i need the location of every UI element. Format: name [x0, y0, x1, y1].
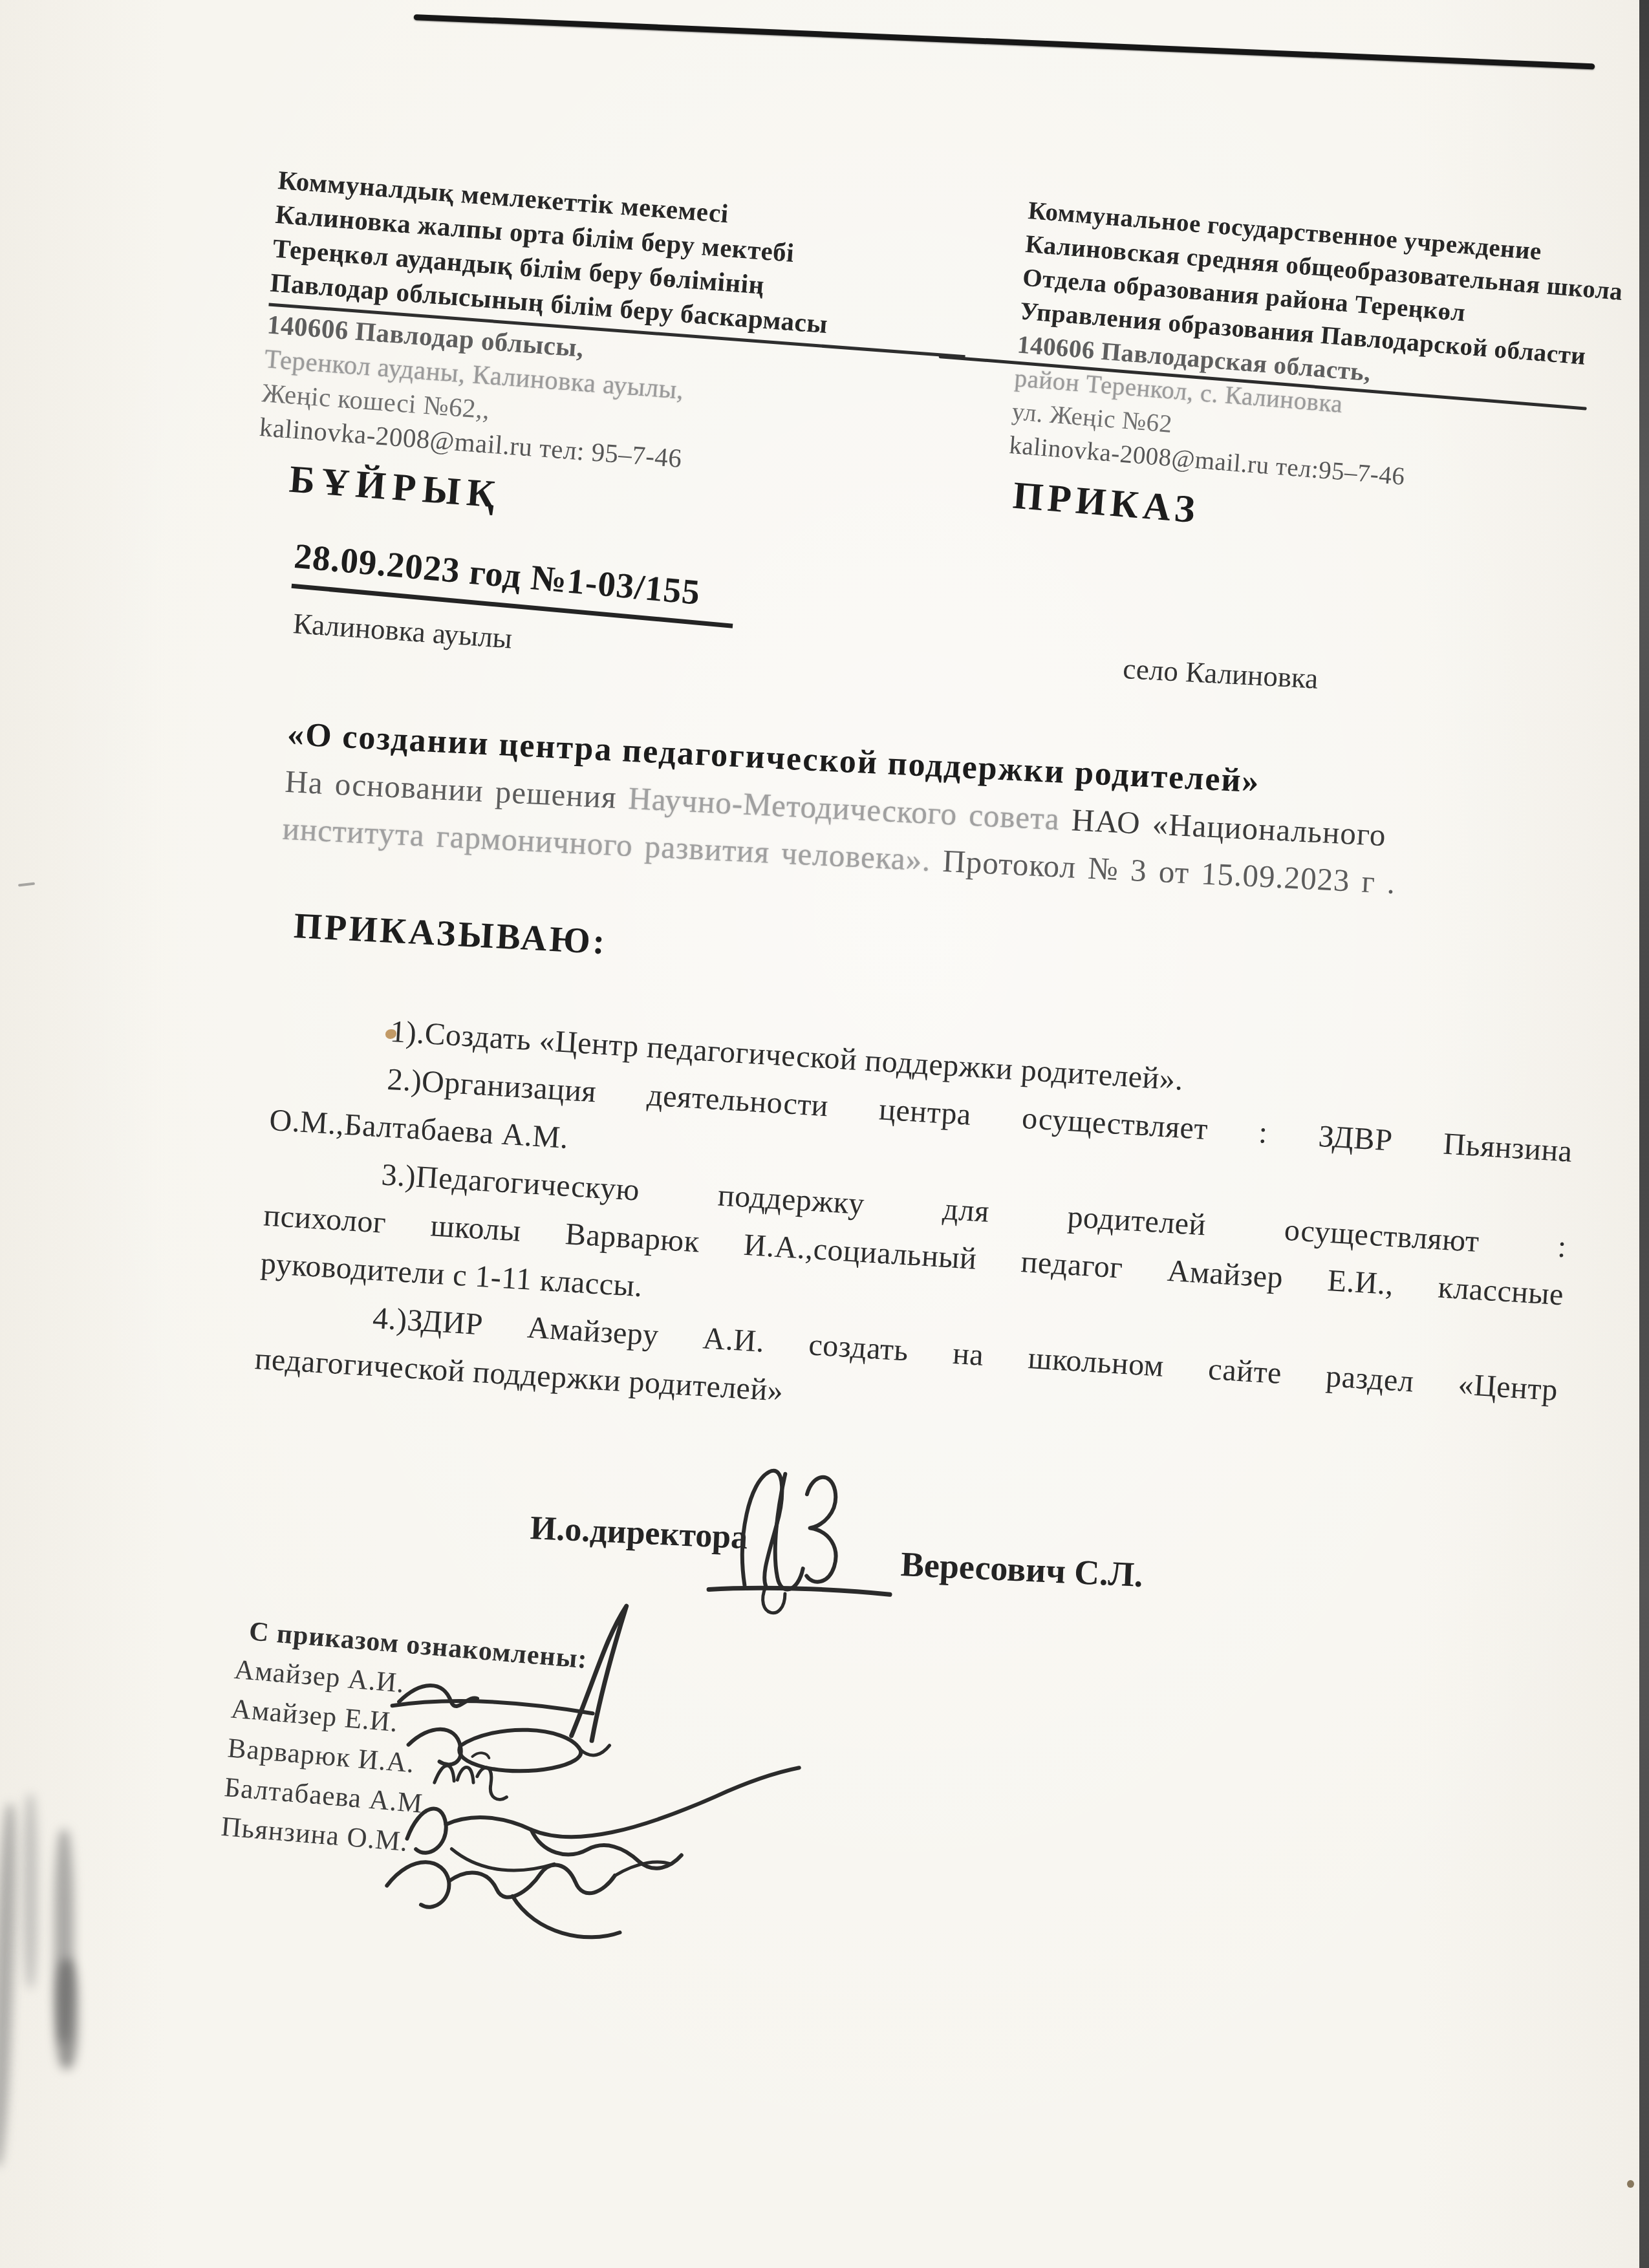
acknowledgement-signature-marks: [360, 1581, 905, 1985]
scan-smudge: [23, 1794, 38, 1988]
scan-edge-line: [414, 14, 1595, 70]
scan-smudge: [56, 1959, 78, 2069]
place-kazakh: Калиновка ауылы: [292, 606, 513, 656]
scan-smudge: [54, 1830, 74, 2043]
place-russian: село Калиновка: [1122, 652, 1319, 696]
order-items: 1).Создать «Центр педагогической поддерж…: [253, 1001, 1577, 1462]
signature-mark: [407, 1720, 610, 1779]
signature-mark: [391, 1587, 627, 1742]
scan-right-edge-band: [1639, 0, 1649, 2268]
letterhead-kazakh: Коммуналдық мемлекеттік мекемесі Калинов…: [254, 163, 976, 551]
director-signature-mark: [682, 1450, 909, 1634]
scanned-order-document: Коммуналдық мемлекеттік мекемесі Калинов…: [0, 0, 1649, 2268]
paper-speck: [1627, 2180, 1634, 2188]
signature-mark: [433, 1749, 510, 1801]
order-subject: «О создании центра педагогической поддер…: [281, 711, 1580, 915]
letterhead-russian: Коммунальное государственное учреждение …: [1004, 194, 1629, 565]
paper-speck: [18, 883, 35, 887]
resolution-keyword: ПРИКАЗЫВАЮ:: [293, 905, 609, 963]
scan-smudge: [0, 1804, 19, 2166]
signer-name: Вересович С.Л.: [900, 1544, 1144, 1595]
